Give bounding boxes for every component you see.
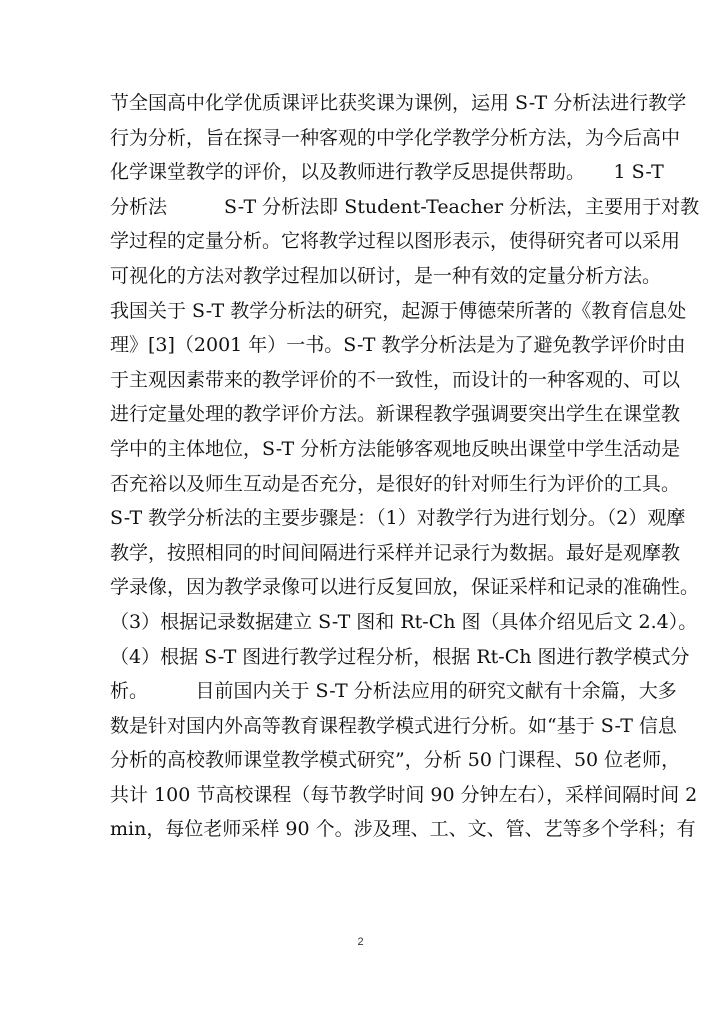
- text-line: S-T 教学分析法的主要步骤是：（1）对教学行为进行划分。（2）观摩: [110, 501, 614, 536]
- text-line: min，每位老师采样 90 个。涉及理、工、文、管、艺等多个学科；有: [110, 812, 614, 847]
- text-line: 学录像，因为教学录像可以进行反复回放，保证采样和记录的准确性。: [110, 570, 614, 605]
- text-line: 理》[3]（2001 年）一书。S-T 教学分析法是为了避免教学评价时由: [110, 328, 614, 363]
- text-line: 数是针对国内外高等教育课程教学模式进行分析。如“基于 S-T 信息: [110, 709, 614, 744]
- document-page: 节全国高中化学优质课评比获奖课为课例，运用 S-T 分析法进行教学 行为分析，旨…: [0, 0, 721, 1020]
- text-line: 于主观因素带来的教学评价的不一致性，而设计的一种客观的、可以: [110, 363, 614, 398]
- text-line: 析。 目前国内关于 S-T 分析法应用的研究文献有十余篇，大多: [110, 674, 614, 709]
- text-line: 化学课堂教学的评价，以及教师进行教学反思提供帮助。 1 S-T: [110, 155, 614, 190]
- text-line: 节全国高中化学优质课评比获奖课为课例，运用 S-T 分析法进行教学: [110, 86, 614, 121]
- text-line: 学中的主体地位，S-T 分析方法能够客观地反映出课堂中学生活动是: [110, 432, 614, 467]
- text-line: 分析的高校教师课堂教学模式研究”，分析 50 门课程、50 位老师，: [110, 743, 614, 778]
- text-line: （4）根据 S-T 图进行教学过程分析，根据 Rt-Ch 图进行教学模式分: [110, 640, 614, 675]
- text-line: 进行定量处理的教学评价方法。新课程教学强调要突出学生在课堂教: [110, 397, 614, 432]
- text-line: 我国关于 S-T 教学分析法的研究，起源于傅德荣所著的《教育信息处: [110, 294, 614, 329]
- text-line: 否充裕以及师生互动是否充分，是很好的针对师生行为评价的工具。: [110, 467, 614, 502]
- text-line: 行为分析，旨在探寻一种客观的中学化学教学分析方法，为今后高中: [110, 121, 614, 156]
- text-line: 可视化的方法对教学过程加以研讨，是一种有效的定量分析方法。: [110, 259, 614, 294]
- text-line: 分析法 S-T 分析法即 Student-Teacher 分析法，主要用于对教: [110, 190, 614, 225]
- text-line: 学过程的定量分析。它将教学过程以图形表示，使得研究者可以采用: [110, 224, 614, 259]
- page-number: 2: [0, 936, 721, 948]
- text-line: 共计 100 节高校课程（每节教学时间 90 分钟左右），采样间隔时间 2: [110, 778, 614, 813]
- text-line: 教学，按照相同的时间间隔进行采样并记录行为数据。最好是观摩教: [110, 536, 614, 571]
- text-line: （3）根据记录数据建立 S-T 图和 Rt-Ch 图（具体介绍见后文 2.4）。: [110, 605, 614, 640]
- body-text: 节全国高中化学优质课评比获奖课为课例，运用 S-T 分析法进行教学 行为分析，旨…: [110, 86, 614, 847]
